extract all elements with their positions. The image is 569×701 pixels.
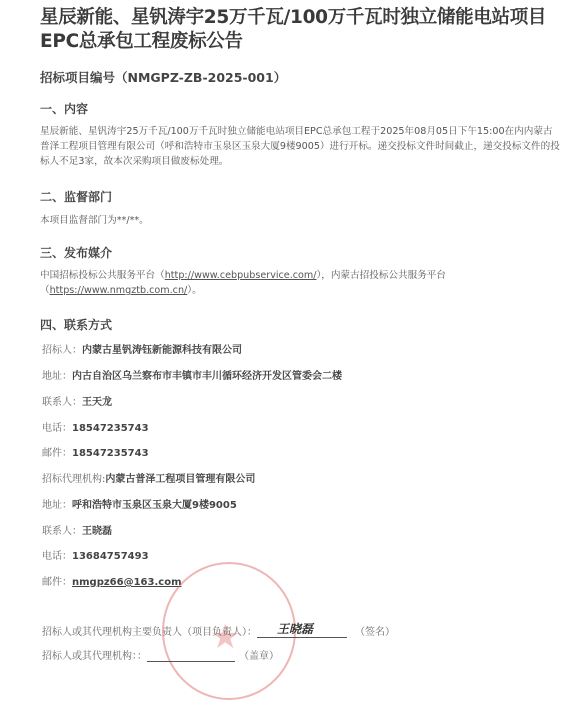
contact-row-agency-address: 地址：呼和浩特市玉泉区玉泉大厦9楼9005 [42,496,237,511]
section-media-heading: 三、发布媒介 [40,244,112,261]
signature-line-responsible: 招标人或其代理机构主要负责人（项目负责人）：王晓磊（签名） [42,620,395,638]
section-content-heading: 一、内容 [40,100,88,117]
contact-row-address: 地址：内古自治区乌兰察布市丰镇市丰川循环经济开发区管委会二楼 [42,367,342,382]
project-number: 招标项目编号（NMGPZ-ZB-2025-001） [40,68,286,86]
handwritten-signature: 王晓磊 [257,622,313,636]
section-contact-heading: 四、联系方式 [40,316,112,333]
contact-row-agency: 招标代理机构:内蒙古普泽工程项目管理有限公司 [42,470,255,485]
contact-row-agency-email: 邮件：nmgpz66@163.com [42,573,181,588]
media-prefix: 中国招标投标公共服务平台（ [40,270,165,281]
section-content-body: 星辰新能、星钒涛宇25万千瓦/100万千瓦时独立储能电站项目EPC总承包工程于2… [40,124,560,169]
link-nmgztb[interactable]: https://www.nmgztb.com.cn/ [50,285,188,296]
contact-row-tenderer: 招标人：内蒙古星钒涛钰新能源科技有限公司 [42,341,242,356]
contact-row-agency-person: 联系人：王晓磊 [42,522,112,537]
contact-row-person: 联系人：王天龙 [42,393,112,408]
contact-row-email: 邮件：18547235743 [42,444,149,459]
email-link[interactable]: nmgpz66@163.com [72,577,181,588]
section-supervision-heading: 二、监督部门 [40,188,112,205]
page-title: 星辰新能、星钒涛宇25万千瓦/100万千瓦时独立储能电站项目EPC总承包工程废标… [40,6,560,54]
section-supervision-body: 本项目监督部门为**/**。 [40,213,560,228]
contact-row-agency-phone: 电话：13684757493 [42,547,149,562]
media-suffix: ）。 [187,285,201,296]
section-media-body: 中国招标投标公共服务平台（http://www.cebpubservice.co… [40,268,560,298]
contact-row-phone: 电话：18547235743 [42,419,149,434]
link-cebpubservice[interactable]: http://www.cebpubservice.com/ [165,270,317,281]
signature-line-seal: 招标人或其代理机构：：（盖章） [42,647,279,662]
